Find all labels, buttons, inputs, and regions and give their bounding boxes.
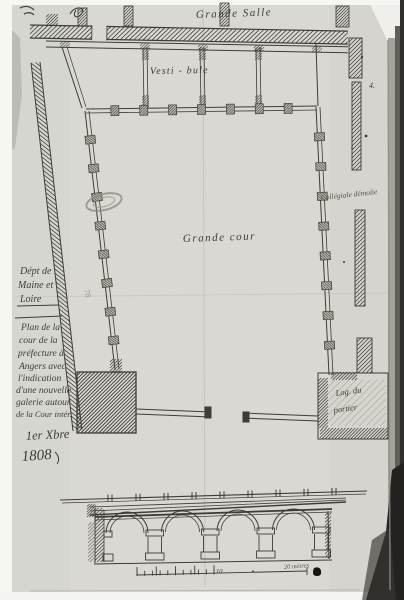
caption-title-5: l'indication [18,374,61,384]
caption-date-1: 1er Xbre [25,427,70,443]
caption-title-4: Angers avec [18,362,66,372]
scale-mid-label: 10 [216,568,223,575]
caption-title-8: de la Cour intér. [16,409,72,419]
vestibule-label: Vesti - bule [150,65,209,77]
caption-title-6: d'une nouvelle [16,386,71,396]
scanned-plan-image: Grande Salle Vesti - bule [0,0,404,600]
caption-date-2: 1808 [21,447,53,465]
caption-title-7: galerie autour [16,398,71,408]
ink-blob [313,567,321,576]
caption-title-3: préfecture à [17,348,64,359]
gate-post [205,407,211,418]
grande-cour-label: Grande cour [183,230,256,245]
caption-dept-2: Maine et [17,280,53,291]
caption-dept-1: Dépt de [19,266,52,277]
scanned-plan-page: Grande Salle Vesti - bule [0,0,404,600]
page-number-mark: 4. [369,81,375,90]
caption-dept-3: Loire [19,294,42,305]
caption-title-1: Plan de la [20,323,60,333]
door-opening [92,25,107,40]
caption-title-2: cour de la [19,336,58,346]
gate-post [243,412,249,422]
